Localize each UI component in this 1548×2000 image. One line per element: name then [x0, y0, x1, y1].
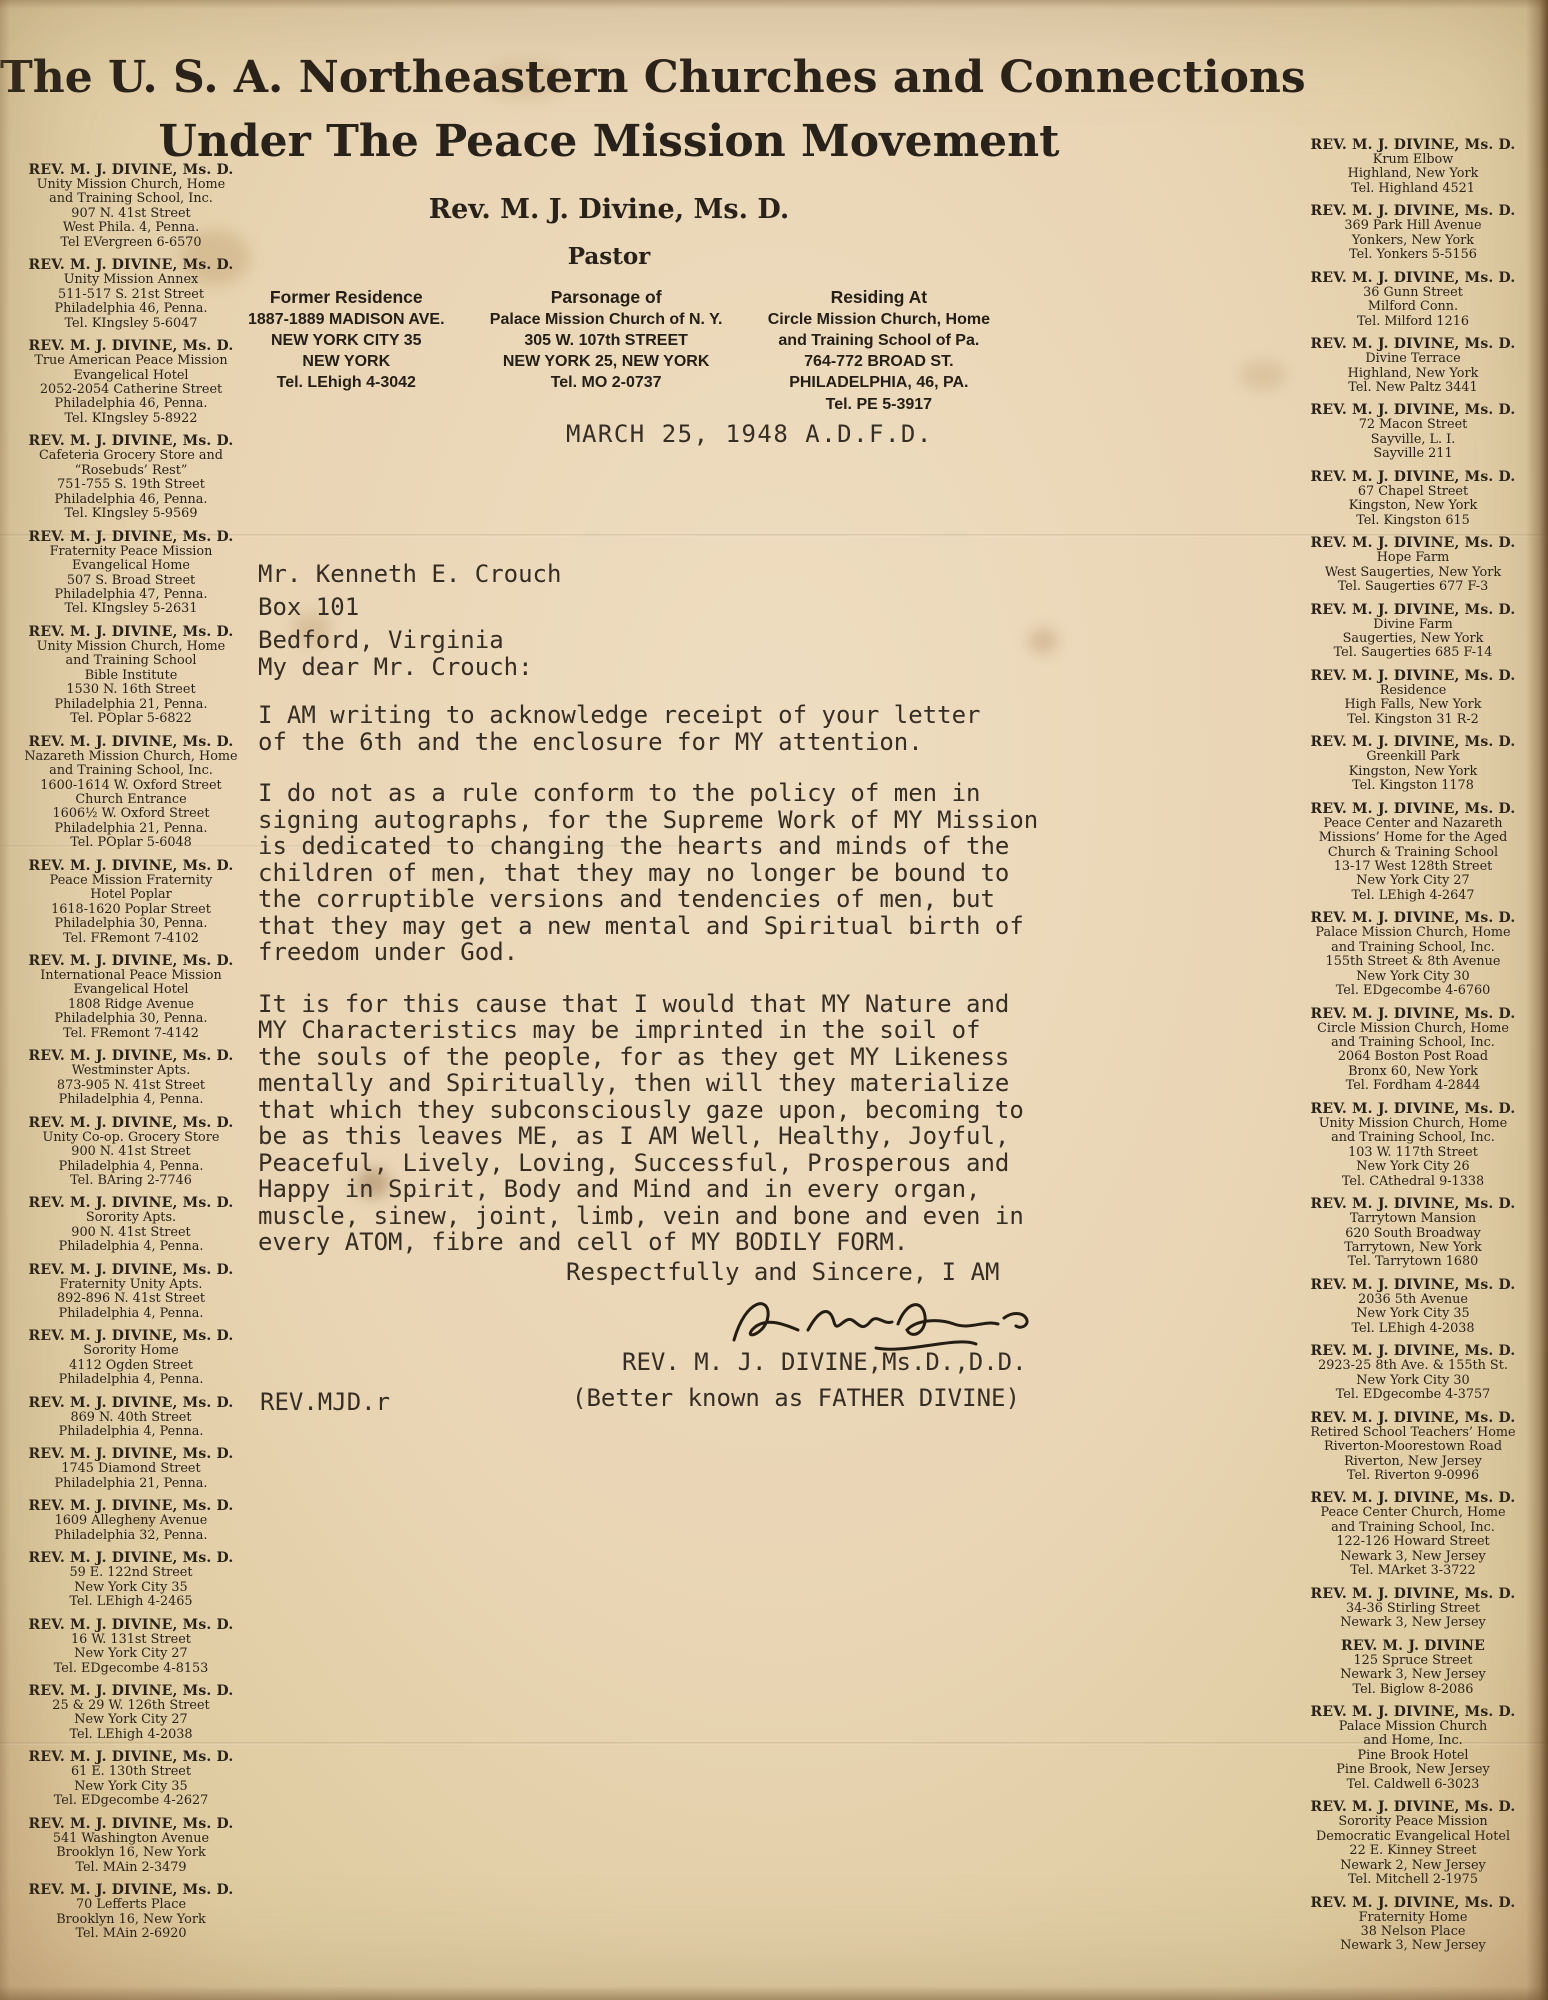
directory-entry-line: New York City 35 [6, 1780, 256, 1794]
directory-entry-line: 103 W. 117th Street [1288, 1146, 1538, 1160]
directory-entry-line: Evangelical Home [6, 559, 256, 573]
directory-entry-line: Sayville, L. I. [1288, 433, 1538, 447]
residence-line: Tel. MO 2-0737 [490, 372, 723, 393]
directory-entry-line: 38 Nelson Place [1288, 1925, 1538, 1939]
directory-entry-name: REV. M. J. DIVINE [1288, 1638, 1538, 1654]
residence-column: Parsonage ofPalace Mission Church of N. … [490, 286, 723, 415]
directory-entry-line: and Training School, Inc. [6, 192, 256, 206]
directory-entry-line: New York City 35 [1288, 1307, 1538, 1321]
directory-entry-line: Philadelphia 30, Penna. [6, 1012, 256, 1026]
directory-entry: REV. M. J. DIVINE, Ms. D.Sorority Apts.9… [6, 1195, 256, 1254]
directory-entry-line: Tel. EDgecombe 4-6760 [1288, 984, 1538, 998]
directory-entry: REV. M. J. DIVINE, Ms. D.Greenkill ParkK… [1288, 734, 1538, 793]
directory-entry-line: Philadelphia 21, Penna. [6, 698, 256, 712]
directory-entry-name: REV. M. J. DIVINE, Ms. D. [6, 1115, 256, 1131]
directory-entry-name: REV. M. J. DIVINE, Ms. D. [1288, 1343, 1538, 1359]
directory-entry-name: REV. M. J. DIVINE, Ms. D. [1288, 469, 1538, 485]
directory-entry-line: Tel. Milford 1216 [1288, 315, 1538, 329]
directory-entry-line: Milford Conn. [1288, 300, 1538, 314]
directory-entry-line: 36 Gunn Street [1288, 286, 1538, 300]
directory-entry-line: Newark 2, New Jersey [1288, 1859, 1538, 1873]
directory-entry-line: Saugerties, New York [1288, 632, 1538, 646]
directory-entry-line: Tel. Mitchell 2-1975 [1288, 1873, 1538, 1887]
residence-line: Tel. LEhigh 4-3042 [248, 372, 445, 393]
directory-entry: REV. M. J. DIVINE, Ms. D.Krum ElbowHighl… [1288, 137, 1538, 196]
directory-entry-line: Brooklyn 16, New York [6, 1846, 256, 1860]
residence-line: PHILADELPHIA, 46, PA. [768, 372, 990, 393]
directory-entry-line: 541 Washington Avenue [6, 1832, 256, 1846]
directory-entry: REV. M. J. DIVINE, Ms. D.Peace Mission F… [6, 858, 256, 946]
directory-entry-line: and Training School, Inc. [6, 764, 256, 778]
directory-entry-line: 122-126 Howard Street [1288, 1535, 1538, 1549]
org-title-line1: The U. S. A. Northeastern Churches and C… [0, 52, 1218, 103]
directory-entry-line: 869 N. 40th Street [6, 1411, 256, 1425]
directory-entry-name: REV. M. J. DIVINE, Ms. D. [1288, 1410, 1538, 1426]
directory-entry-line: International Peace Mission [6, 969, 256, 983]
directory-entry: REV. M. J. DIVINE, Ms. D.True American P… [6, 338, 256, 426]
residence-line: and Training School of Pa. [768, 330, 990, 351]
directory-entry-name: REV. M. J. DIVINE, Ms. D. [6, 953, 256, 969]
directory-entry-line: New York City 30 [1288, 1374, 1538, 1388]
directory-entry-line: Philadelphia 21, Penna. [6, 822, 256, 836]
directory-entry-line: 907 N. 41st Street [6, 207, 256, 221]
directory-entry-line: 1606½ W. Oxford Street [6, 807, 256, 821]
directory-entry-line: Unity Mission Church, Home [6, 178, 256, 192]
directory-entry-name: REV. M. J. DIVINE, Ms. D. [1288, 1006, 1538, 1022]
directory-entry-name: REV. M. J. DIVINE, Ms. D. [6, 257, 256, 273]
salutation: My dear Mr. Crouch: [258, 653, 533, 681]
directory-entry-line: Fraternity Unity Apts. [6, 1278, 256, 1292]
directory-sidebar-right: REV. M. J. DIVINE, Ms. D.Krum ElbowHighl… [1288, 137, 1538, 1961]
directory-entry: REV. M. J. DIVINE, Ms. D.1745 Diamond St… [6, 1446, 256, 1491]
directory-entry-line: Unity Co-op. Grocery Store [6, 1131, 256, 1145]
directory-entry-line: Philadelphia 4, Penna. [6, 1307, 256, 1321]
directory-entry: REV. M. J. DIVINE, Ms. D.67 Chapel Stree… [1288, 469, 1538, 528]
directory-entry-line: 2036 5th Avenue [1288, 1293, 1538, 1307]
directory-entry-line: Tel. Fordham 4-2844 [1288, 1079, 1538, 1093]
directory-entry-line: 2923-25 8th Ave. & 155th St. [1288, 1359, 1538, 1373]
directory-entry-line: Newark 3, New Jersey [1288, 1550, 1538, 1564]
directory-entry-line: Tel. LEhigh 4-2647 [1288, 889, 1538, 903]
directory-entry-line: 16 W. 131st Street [6, 1633, 256, 1647]
directory-entry-line: True American Peace Mission [6, 354, 256, 368]
directory-entry-line: Sorority Peace Mission [1288, 1815, 1538, 1829]
residence-line: Tel. PE 5-3917 [768, 394, 990, 415]
directory-entry: REV. M. J. DIVINE, Ms. D.Divine TerraceH… [1288, 336, 1538, 395]
directory-entry-name: REV. M. J. DIVINE, Ms. D. [6, 1328, 256, 1344]
directory-entry-line: Hotel Poplar [6, 888, 256, 902]
directory-entry: REV. M. J. DIVINE, Ms. D.Hope FarmWest S… [1288, 535, 1538, 594]
residence-line: Palace Mission Church of N. Y. [490, 309, 723, 330]
residence-line: 764-772 BROAD ST. [768, 351, 990, 372]
typed-signature-name: REV. M. J. DIVINE,Ms.D.,D.D. [622, 1348, 1027, 1376]
directory-entry-line: Unity Mission Church, Home [6, 640, 256, 654]
directory-entry-line: Kingston, New York [1288, 499, 1538, 513]
directory-entry-line: Brooklyn 16, New York [6, 1913, 256, 1927]
directory-entry-line: Tel. Saugerties 677 F-3 [1288, 580, 1538, 594]
residence-line: NEW YORK [248, 351, 445, 372]
directory-entry-line: Tel. Biglow 8-2086 [1288, 1683, 1538, 1697]
directory-entry-name: REV. M. J. DIVINE, Ms. D. [6, 734, 256, 750]
directory-entry-name: REV. M. J. DIVINE, Ms. D. [6, 1446, 256, 1462]
better-known-line: (Better known as FATHER DIVINE) [572, 1384, 1020, 1412]
directory-entry-line: Tel. Kingston 615 [1288, 514, 1538, 528]
directory-entry-line: Riverton-Moorestown Road [1288, 1440, 1538, 1454]
directory-entry: REV. M. J. DIVINE, Ms. D.Unity Mission C… [1288, 1101, 1538, 1189]
directory-entry-name: REV. M. J. DIVINE, Ms. D. [1288, 1799, 1538, 1815]
directory-entry: REV. M. J. DIVINE, Ms. D.61 E. 130th Str… [6, 1749, 256, 1808]
directory-entry-name: REV. M. J. DIVINE, Ms. D. [6, 529, 256, 545]
directory-entry-line: Fraternity Peace Mission [6, 545, 256, 559]
residence-line: NEW YORK 25, NEW YORK [490, 351, 723, 372]
paper-stain [1028, 628, 1058, 654]
directory-entry: REV. M. J. DIVINE125 Spruce StreetNewark… [1288, 1638, 1538, 1697]
directory-entry-line: Church & Training School [1288, 846, 1538, 860]
residence-line: NEW YORK CITY 35 [248, 330, 445, 351]
directory-entry-line: Unity Mission Annex [6, 273, 256, 287]
directory-entry-line: Philadelphia 46, Penna. [6, 493, 256, 507]
directory-entry-line: 67 Chapel Street [1288, 485, 1538, 499]
directory-entry-line: Tel. KIngsley 5-8922 [6, 412, 256, 426]
directory-entry-line: Sorority Apts. [6, 1211, 256, 1225]
directory-entry-line: Palace Mission Church [1288, 1720, 1538, 1734]
directory-entry-line: West Saugerties, New York [1288, 566, 1538, 580]
directory-entry-line: Bronx 60, New York [1288, 1065, 1538, 1079]
directory-entry-line: New York City 27 [6, 1713, 256, 1727]
letter-paragraph: I AM writing to acknowledge receipt of y… [258, 702, 1058, 755]
directory-entry-line: Tel. Tarrytown 1680 [1288, 1255, 1538, 1269]
directory-entry-line: 900 N. 41st Street [6, 1226, 256, 1240]
directory-entry-line: Westminster Apts. [6, 1064, 256, 1078]
directory-entry-name: REV. M. J. DIVINE, Ms. D. [6, 338, 256, 354]
directory-entry: REV. M. J. DIVINE, Ms. D.Divine FarmSaug… [1288, 602, 1538, 661]
directory-entry-line: 155th Street & 8th Avenue [1288, 955, 1538, 969]
directory-entry-line: and Training School, Inc. [1288, 941, 1538, 955]
directory-entry: REV. M. J. DIVINE, Ms. D.Unity Mission C… [6, 162, 256, 250]
directory-entry: REV. M. J. DIVINE, Ms. D.Tarrytown Mansi… [1288, 1196, 1538, 1270]
directory-entry-line: Bible Institute [6, 669, 256, 683]
directory-entry-name: REV. M. J. DIVINE, Ms. D. [6, 162, 256, 178]
directory-entry-line: Peace Mission Fraternity [6, 874, 256, 888]
directory-entry-line: New York City 30 [1288, 970, 1538, 984]
residence-columns: Former Residence1887-1889 MADISON AVE.NE… [248, 286, 990, 415]
directory-entry-name: REV. M. J. DIVINE, Ms. D. [1288, 1196, 1538, 1212]
directory-entry-line: 4112 Ogden Street [6, 1359, 256, 1373]
directory-entry-line: Greenkill Park [1288, 750, 1538, 764]
directory-entry-name: REV. M. J. DIVINE, Ms. D. [6, 624, 256, 640]
residence-heading: Former Residence [248, 286, 445, 309]
directory-entry-name: REV. M. J. DIVINE, Ms. D. [1288, 137, 1538, 153]
residence-column: Former Residence1887-1889 MADISON AVE.NE… [248, 286, 445, 415]
directory-entry-line: Krum Elbow [1288, 153, 1538, 167]
directory-entry-line: 59 E. 122nd Street [6, 1566, 256, 1580]
org-title-line2: Under The Peace Mission Movement [0, 116, 1218, 167]
directory-entry: REV. M. J. DIVINE, Ms. D.1609 Allegheny … [6, 1498, 256, 1543]
directory-entry-line: Newark 3, New Jersey [1288, 1668, 1538, 1682]
directory-entry-line: Democratic Evangelical Hotel [1288, 1830, 1538, 1844]
directory-entry-line: Philadelphia 30, Penna. [6, 917, 256, 931]
directory-entry-line: Tel. EDgecombe 4-2627 [6, 1794, 256, 1808]
directory-entry-line: Evangelical Hotel [6, 369, 256, 383]
directory-entry-line: Tel. POplar 5-6048 [6, 836, 256, 850]
directory-entry-line: Tel. Caldwell 6-3023 [1288, 1778, 1538, 1792]
directory-entry-line: Tarrytown Mansion [1288, 1212, 1538, 1226]
directory-entry-name: REV. M. J. DIVINE, Ms. D. [1288, 1704, 1538, 1720]
directory-entry: REV. M. J. DIVINE, Ms. D.Nazareth Missio… [6, 734, 256, 851]
directory-entry: REV. M. J. DIVINE, Ms. D.Fraternity Peac… [6, 529, 256, 617]
directory-entry-line: Philadelphia 4, Penna. [6, 1093, 256, 1107]
typist-reference: REV.MJD.r [260, 1388, 390, 1416]
directory-entry-line: Tel. FRemont 7-4142 [6, 1027, 256, 1041]
directory-entry: REV. M. J. DIVINE, Ms. D.Fraternity Unit… [6, 1262, 256, 1321]
directory-entry-line: Tel. CAthedral 9-1338 [1288, 1175, 1538, 1189]
directory-entry-name: REV. M. J. DIVINE, Ms. D. [6, 1683, 256, 1699]
directory-entry-line: Philadelphia 46, Penna. [6, 302, 256, 316]
directory-entry-name: REV. M. J. DIVINE, Ms. D. [1288, 1101, 1538, 1117]
directory-entry-line: Philadelphia 4, Penna. [6, 1373, 256, 1387]
directory-entry-line: 511-517 S. 21st Street [6, 288, 256, 302]
directory-entry-line: Tel. New Paltz 3441 [1288, 381, 1538, 395]
directory-entry: REV. M. J. DIVINE, Ms. D.Sorority Home41… [6, 1328, 256, 1387]
directory-entry-line: 2064 Boston Post Road [1288, 1050, 1538, 1064]
directory-entry-name: REV. M. J. DIVINE, Ms. D. [1288, 668, 1538, 684]
directory-entry: REV. M. J. DIVINE, Ms. D.Unity Mission A… [6, 257, 256, 331]
letter-body: I AM writing to acknowledge receipt of y… [258, 702, 1058, 1281]
directory-entry: REV. M. J. DIVINE, Ms. D.International P… [6, 953, 256, 1041]
directory-entry-name: REV. M. J. DIVINE, Ms. D. [6, 1195, 256, 1211]
directory-entry-line: and Training School [6, 654, 256, 668]
directory-entry-line: and Training School, Inc. [1288, 1131, 1538, 1145]
directory-entry: REV. M. J. DIVINE, Ms. D.369 Park Hill A… [1288, 203, 1538, 262]
directory-entry-line: Tel EVergreen 6-6570 [6, 236, 256, 250]
directory-entry: REV. M. J. DIVINE, Ms. D.34-36 Stirling … [1288, 1586, 1538, 1631]
directory-entry-name: REV. M. J. DIVINE, Ms. D. [1288, 203, 1538, 219]
directory-entry: REV. M. J. DIVINE, Ms. D.Sorority Peace … [1288, 1799, 1538, 1887]
directory-entry-name: REV. M. J. DIVINE, Ms. D. [1288, 336, 1538, 352]
directory-entry-line: 13-17 West 128th Street [1288, 860, 1538, 874]
directory-entry-line: Peace Center and Nazareth [1288, 817, 1538, 831]
directory-entry-name: REV. M. J. DIVINE, Ms. D. [1288, 535, 1538, 551]
directory-entry-line: Tel. MAin 2-6920 [6, 1927, 256, 1941]
directory-entry: REV. M. J. DIVINE, Ms. D.2036 5th Avenue… [1288, 1277, 1538, 1336]
letter-page: The U. S. A. Northeastern Churches and C… [0, 0, 1548, 2000]
directory-entry-name: REV. M. J. DIVINE, Ms. D. [1288, 602, 1538, 618]
directory-entry-line: Unity Mission Church, Home [1288, 1117, 1538, 1131]
directory-entry-line: Tel. LEhigh 4-2038 [6, 1728, 256, 1742]
directory-entry-line: New York City 35 [6, 1581, 256, 1595]
directory-entry-line: “Rosebuds’ Rest” [6, 464, 256, 478]
recipient-address: Mr. Kenneth E. Crouch Box 101 Bedford, V… [258, 558, 561, 657]
directory-entry-line: Divine Terrace [1288, 352, 1538, 366]
directory-entry-line: 620 South Broadway [1288, 1227, 1538, 1241]
directory-sidebar-left: REV. M. J. DIVINE, Ms. D.Unity Mission C… [6, 162, 256, 1948]
directory-entry: REV. M. J. DIVINE, Ms. D.Cafeteria Groce… [6, 433, 256, 521]
directory-entry-line: Divine Farm [1288, 618, 1538, 632]
paper-edge-bottom [0, 1986, 1548, 2000]
directory-entry-line: West Phila. 4, Penna. [6, 221, 256, 235]
directory-entry-line: Yonkers, New York [1288, 234, 1538, 248]
residence-line: Circle Mission Church, Home [768, 309, 990, 330]
directory-entry-line: 34-36 Stirling Street [1288, 1602, 1538, 1616]
directory-entry-line: Newark 3, New Jersey [1288, 1939, 1538, 1953]
directory-entry-line: Tel. Riverton 9-0996 [1288, 1469, 1538, 1483]
residence-column: Residing AtCircle Mission Church, Homean… [768, 286, 990, 415]
directory-entry-line: High Falls, New York [1288, 698, 1538, 712]
directory-entry-line: 1745 Diamond Street [6, 1462, 256, 1476]
directory-entry: REV. M. J. DIVINE, Ms. D.Palace Mission … [1288, 1704, 1538, 1792]
directory-entry-line: New York City 27 [1288, 874, 1538, 888]
directory-entry-name: REV. M. J. DIVINE, Ms. D. [1288, 402, 1538, 418]
directory-entry-name: REV. M. J. DIVINE, Ms. D. [1288, 1490, 1538, 1506]
directory-entry-line: Tel. KIngsley 5-6047 [6, 317, 256, 331]
directory-entry-name: REV. M. J. DIVINE, Ms. D. [6, 1617, 256, 1633]
directory-entry-line: Newark 3, New Jersey [1288, 1616, 1538, 1630]
directory-entry-line: Pine Brook Hotel [1288, 1749, 1538, 1763]
directory-entry-line: Philadelphia 21, Penna. [6, 1477, 256, 1491]
directory-entry-line: Evangelical Hotel [6, 983, 256, 997]
directory-entry-name: REV. M. J. DIVINE, Ms. D. [1288, 1277, 1538, 1293]
directory-entry: REV. M. J. DIVINE, Ms. D.Palace Mission … [1288, 910, 1538, 998]
directory-entry: REV. M. J. DIVINE, Ms. D.59 E. 122nd Str… [6, 1550, 256, 1609]
directory-entry-line: Circle Mission Church, Home [1288, 1022, 1538, 1036]
directory-entry-line: Nazareth Mission Church, Home [6, 750, 256, 764]
directory-entry-line: Tel. Highland 4521 [1288, 182, 1538, 196]
directory-entry-line: Tel. MAin 2-3479 [6, 1861, 256, 1875]
directory-entry-line: 61 E. 130th Street [6, 1765, 256, 1779]
directory-entry-line: 900 N. 41st Street [6, 1145, 256, 1159]
directory-entry-line: Hope Farm [1288, 551, 1538, 565]
directory-entry-name: REV. M. J. DIVINE, Ms. D. [6, 1882, 256, 1898]
directory-entry-name: REV. M. J. DIVINE, Ms. D. [6, 1749, 256, 1765]
directory-entry: REV. M. J. DIVINE, Ms. D.Unity Co-op. Gr… [6, 1115, 256, 1189]
directory-entry-line: Tel. EDgecombe 4-8153 [6, 1662, 256, 1676]
directory-entry: REV. M. J. DIVINE, Ms. D.16 W. 131st Str… [6, 1617, 256, 1676]
directory-entry-name: REV. M. J. DIVINE, Ms. D. [6, 1816, 256, 1832]
letter-paragraph: I do not as a rule conform to the policy… [258, 780, 1058, 966]
directory-entry-line: New York City 26 [1288, 1160, 1538, 1174]
directory-entry-line: Tel. MArket 3-3722 [1288, 1564, 1538, 1578]
directory-entry-name: REV. M. J. DIVINE, Ms. D. [6, 433, 256, 449]
directory-entry: REV. M. J. DIVINE, Ms. D.Peace Center Ch… [1288, 1490, 1538, 1578]
directory-entry-name: REV. M. J. DIVINE, Ms. D. [6, 1395, 256, 1411]
letter-date: MARCH 25, 1948 A.D.F.D. [566, 420, 933, 448]
directory-entry-line: Tarrytown, New York [1288, 1241, 1538, 1255]
letter-paragraph: It is for this cause that I would that M… [258, 991, 1058, 1256]
paper-stain [1240, 360, 1286, 390]
directory-entry-line: New York City 27 [6, 1647, 256, 1661]
directory-entry: REV. M. J. DIVINE, Ms. D.36 Gunn StreetM… [1288, 270, 1538, 329]
directory-entry-name: REV. M. J. DIVINE, Ms. D. [1288, 1895, 1538, 1911]
directory-entry-line: Philadelphia 46, Penna. [6, 397, 256, 411]
directory-entry: REV. M. J. DIVINE, Ms. D.Westminster Apt… [6, 1048, 256, 1107]
directory-entry-line: Residence [1288, 684, 1538, 698]
directory-entry-line: Sorority Home [6, 1344, 256, 1358]
directory-entry: REV. M. J. DIVINE, Ms. D.70 Lefferts Pla… [6, 1882, 256, 1941]
directory-entry-line: Philadelphia 4, Penna. [6, 1160, 256, 1174]
directory-entry-line: Tel. LEhigh 4-2038 [1288, 1322, 1538, 1336]
directory-entry-line: Fraternity Home [1288, 1911, 1538, 1925]
directory-entry-line: Philadelphia 47, Penna. [6, 588, 256, 602]
directory-entry-name: REV. M. J. DIVINE, Ms. D. [6, 1262, 256, 1278]
directory-entry-name: REV. M. J. DIVINE, Ms. D. [6, 1048, 256, 1064]
directory-entry: REV. M. J. DIVINE, Ms. D.72 Macon Street… [1288, 402, 1538, 461]
directory-entry-line: Palace Mission Church, Home [1288, 926, 1538, 940]
directory-entry-line: 25 & 29 W. 126th Street [6, 1699, 256, 1713]
directory-entry-line: 1530 N. 16th Street [6, 683, 256, 697]
directory-entry-line: Cafeteria Grocery Store and [6, 449, 256, 463]
directory-entry-line: 2052-2054 Catherine Street [6, 383, 256, 397]
directory-entry-name: REV. M. J. DIVINE, Ms. D. [1288, 734, 1538, 750]
directory-entry-name: REV. M. J. DIVINE, Ms. D. [6, 1550, 256, 1566]
directory-entry-line: Philadelphia 4, Penna. [6, 1425, 256, 1439]
directory-entry-line: Tel. Yonkers 5-5156 [1288, 248, 1538, 262]
directory-entry-line: 125 Spruce Street [1288, 1654, 1538, 1668]
directory-entry: REV. M. J. DIVINE, Ms. D.25 & 29 W. 126t… [6, 1683, 256, 1742]
directory-entry-line: Tel. KIngsley 5-2631 [6, 602, 256, 616]
directory-entry-line: Tel. Kingston 1178 [1288, 779, 1538, 793]
directory-entry-name: REV. M. J. DIVINE, Ms. D. [6, 1498, 256, 1514]
directory-entry-line: Tel. Kingston 31 R-2 [1288, 713, 1538, 727]
directory-entry-line: 1618-1620 Poplar Street [6, 903, 256, 917]
directory-entry: REV. M. J. DIVINE, Ms. D.869 N. 40th Str… [6, 1395, 256, 1440]
directory-entry-line: Tel. KIngsley 5-9569 [6, 507, 256, 521]
residence-line: 305 W. 107th STREET [490, 330, 723, 351]
directory-entry-line: 751-755 S. 19th Street [6, 478, 256, 492]
directory-entry-line: Tel. FRemont 7-4102 [6, 932, 256, 946]
directory-entry-line: Church Entrance [6, 793, 256, 807]
directory-entry: REV. M. J. DIVINE, Ms. D.Peace Center an… [1288, 801, 1538, 904]
directory-entry-line: Tel. POplar 5-6822 [6, 712, 256, 726]
directory-entry-line: 892-896 N. 41st Street [6, 1292, 256, 1306]
directory-entry: REV. M. J. DIVINE, Ms. D.Retired School … [1288, 1410, 1538, 1484]
directory-entry: REV. M. J. DIVINE, Ms. D.541 Washington … [6, 1816, 256, 1875]
directory-entry: REV. M. J. DIVINE, Ms. D.Unity Mission C… [6, 624, 256, 727]
directory-entry-line: 22 E. Kinney Street [1288, 1844, 1538, 1858]
directory-entry-line: 369 Park Hill Avenue [1288, 219, 1538, 233]
directory-entry-line: 72 Macon Street [1288, 418, 1538, 432]
residence-line: 1887-1889 MADISON AVE. [248, 309, 445, 330]
directory-entry-line: Peace Center Church, Home [1288, 1506, 1538, 1520]
directory-entry-line: Philadelphia 32, Penna. [6, 1529, 256, 1543]
directory-entry-line: and Training School, Inc. [1288, 1036, 1538, 1050]
directory-entry-name: REV. M. J. DIVINE, Ms. D. [1288, 910, 1538, 926]
directory-entry-line: Sayville 211 [1288, 447, 1538, 461]
directory-entry-line: Kingston, New York [1288, 765, 1538, 779]
directory-entry-line: Highland, New York [1288, 167, 1538, 181]
directory-entry-name: REV. M. J. DIVINE, Ms. D. [6, 858, 256, 874]
directory-entry: REV. M. J. DIVINE, Ms. D.Circle Mission … [1288, 1006, 1538, 1094]
directory-entry-line: 70 Lefferts Place [6, 1898, 256, 1912]
directory-entry-line: Retired School Teachers’ Home [1288, 1426, 1538, 1440]
directory-entry-line: and Home, Inc. [1288, 1734, 1538, 1748]
directory-entry-name: REV. M. J. DIVINE, Ms. D. [1288, 801, 1538, 817]
directory-entry-line: Tel. Saugerties 685 F-14 [1288, 646, 1538, 660]
directory-entry-line: Missions’ Home for the Aged [1288, 831, 1538, 845]
directory-entry-line: Highland, New York [1288, 367, 1538, 381]
directory-entry-line: 507 S. Broad Street [6, 574, 256, 588]
directory-entry-line: Tel. BAring 2-7746 [6, 1174, 256, 1188]
directory-entry-line: Riverton, New Jersey [1288, 1455, 1538, 1469]
directory-entry-line: 1600-1614 W. Oxford Street [6, 779, 256, 793]
directory-entry-line: 873-905 N. 41st Street [6, 1079, 256, 1093]
directory-entry: REV. M. J. DIVINE, Ms. D.ResidenceHigh F… [1288, 668, 1538, 727]
paper-edge-top [0, 0, 1548, 9]
directory-entry: REV. M. J. DIVINE, Ms. D.Fraternity Home… [1288, 1895, 1538, 1954]
residence-heading: Parsonage of [490, 286, 723, 309]
directory-entry-line: and Training School, Inc. [1288, 1521, 1538, 1535]
directory-entry-line: 1609 Allegheny Avenue [6, 1514, 256, 1528]
directory-entry-line: Tel. EDgecombe 4-3757 [1288, 1388, 1538, 1402]
